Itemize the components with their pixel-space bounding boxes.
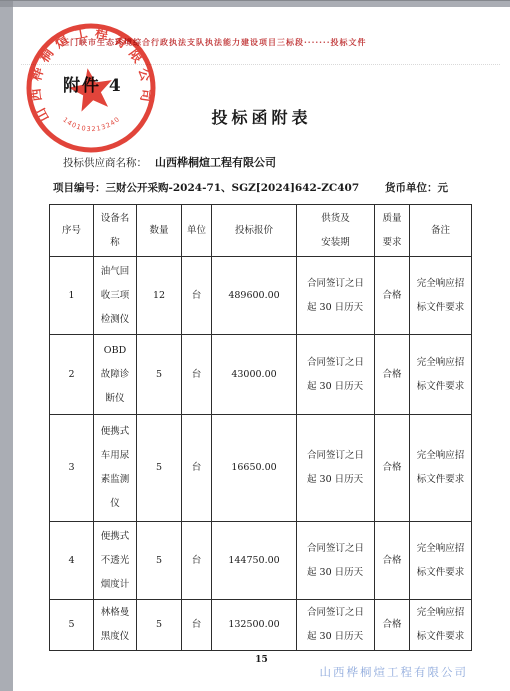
header-remark: 备注 <box>410 205 472 257</box>
header-bid-price: 投标报价 <box>212 205 297 257</box>
cell-delivery-period: 合同签订之日起 30 日历天 <box>297 335 375 415</box>
cell-serial: 5 <box>50 600 94 651</box>
cell-bid-price: 132500.00 <box>212 600 297 651</box>
cell-equipment-name: 油气回收三项检测仪 <box>94 257 137 335</box>
supplier-line: 投标供应商名称：山西桦桐煊工程有限公司 <box>63 154 276 170</box>
header-quantity: 数量 <box>137 205 182 257</box>
header-quality: 质量要求 <box>375 205 410 257</box>
cell-remark: 完全响应招标文件要求 <box>410 415 472 522</box>
header-delivery-period: 供货及安装期 <box>297 205 375 257</box>
table-row: 1 油气回收三项检测仪 12 台 489600.00 合同签订之日起 30 日历… <box>50 257 472 335</box>
cell-serial: 4 <box>50 522 94 600</box>
bid-price-table: 序号 设备名称 数量 单位 投标报价 供货及安装期 质量要求 备注 1 油气回收… <box>49 204 472 651</box>
document-page: 三门峡市生态环境综合行政执法支队执法能力建设项目三标段·······投标文件 附… <box>13 7 510 691</box>
supplier-label: 投标供应商名称： <box>63 157 147 169</box>
cell-quality: 合格 <box>375 415 410 522</box>
cell-bid-price: 144750.00 <box>212 522 297 600</box>
cell-quantity: 5 <box>137 522 182 600</box>
project-label: 项目编号： <box>53 182 106 194</box>
document-header-line: 三门峡市生态环境综合行政执法支队执法能力建设项目三标段·······投标文件 <box>61 37 501 48</box>
cell-remark: 完全响应招标文件要求 <box>410 522 472 600</box>
cell-delivery-period: 合同签订之日起 30 日历天 <box>297 600 375 651</box>
cell-equipment-name: OBD 故障诊断仪 <box>94 335 137 415</box>
project-line: 项目编号：三财公开采购-2024-71、SGZ[2024]642-ZC407 货… <box>53 180 490 195</box>
cell-equipment-name: 便携式车用尿素监测仪 <box>94 415 137 522</box>
cell-remark: 完全响应招标文件要求 <box>410 600 472 651</box>
header-equipment-name: 设备名称 <box>94 205 137 257</box>
cell-quantity: 5 <box>137 335 182 415</box>
cell-delivery-period: 合同签订之日起 30 日历天 <box>297 415 375 522</box>
cell-unit: 台 <box>182 415 212 522</box>
footer-company-name: 山西桦桐煊工程有限公司 <box>320 664 469 680</box>
cell-quantity: 5 <box>137 600 182 651</box>
pdf-viewer-background: 三门峡市生态环境综合行政执法支队执法能力建设项目三标段·······投标文件 附… <box>0 0 510 691</box>
cell-equipment-name: 便携式不透光烟度计 <box>94 522 137 600</box>
header-serial: 序号 <box>50 205 94 257</box>
project-number: 三财公开采购-2024-71、SGZ[2024]642-ZC407 <box>106 182 360 194</box>
cell-quantity: 12 <box>137 257 182 335</box>
cell-quality: 合格 <box>375 257 410 335</box>
cell-quality: 合格 <box>375 522 410 600</box>
cell-quality: 合格 <box>375 335 410 415</box>
cell-unit: 台 <box>182 522 212 600</box>
table-row: 2 OBD 故障诊断仪 5 台 43000.00 合同签订之日起 30 日历天 … <box>50 335 472 415</box>
attachment-label: 附件 4 <box>63 71 123 96</box>
currency-label: 货币单位：元 <box>385 180 448 195</box>
cell-bid-price: 489600.00 <box>212 257 297 335</box>
cell-delivery-period: 合同签订之日起 30 日历天 <box>297 522 375 600</box>
viewer-corner <box>0 1 13 7</box>
header-unit: 单位 <box>182 205 212 257</box>
cell-remark: 完全响应招标文件要求 <box>410 335 472 415</box>
table-row: 4 便携式不透光烟度计 5 台 144750.00 合同签订之日起 30 日历天… <box>50 522 472 600</box>
cell-unit: 台 <box>182 257 212 335</box>
header-separator-rule <box>21 64 500 65</box>
page-title: 投标函附表 <box>13 105 510 128</box>
table-row: 3 便携式车用尿素监测仪 5 台 16650.00 合同签订之日起 30 日历天… <box>50 415 472 522</box>
cell-delivery-period: 合同签订之日起 30 日历天 <box>297 257 375 335</box>
cell-equipment-name: 林格曼黑度仪 <box>94 600 137 651</box>
cell-quality: 合格 <box>375 600 410 651</box>
table-row: 5 林格曼黑度仪 5 台 132500.00 合同签订之日起 30 日历天 合格… <box>50 600 472 651</box>
cell-quantity: 5 <box>137 415 182 522</box>
table-header-row: 序号 设备名称 数量 单位 投标报价 供货及安装期 质量要求 备注 <box>50 205 472 257</box>
cell-serial: 2 <box>50 335 94 415</box>
supplier-name: 山西桦桐煊工程有限公司 <box>155 156 276 169</box>
cell-serial: 3 <box>50 415 94 522</box>
cell-bid-price: 16650.00 <box>212 415 297 522</box>
cell-serial: 1 <box>50 257 94 335</box>
cell-bid-price: 43000.00 <box>212 335 297 415</box>
cell-remark: 完全响应招标文件要求 <box>410 257 472 335</box>
cell-unit: 台 <box>182 600 212 651</box>
cell-unit: 台 <box>182 335 212 415</box>
